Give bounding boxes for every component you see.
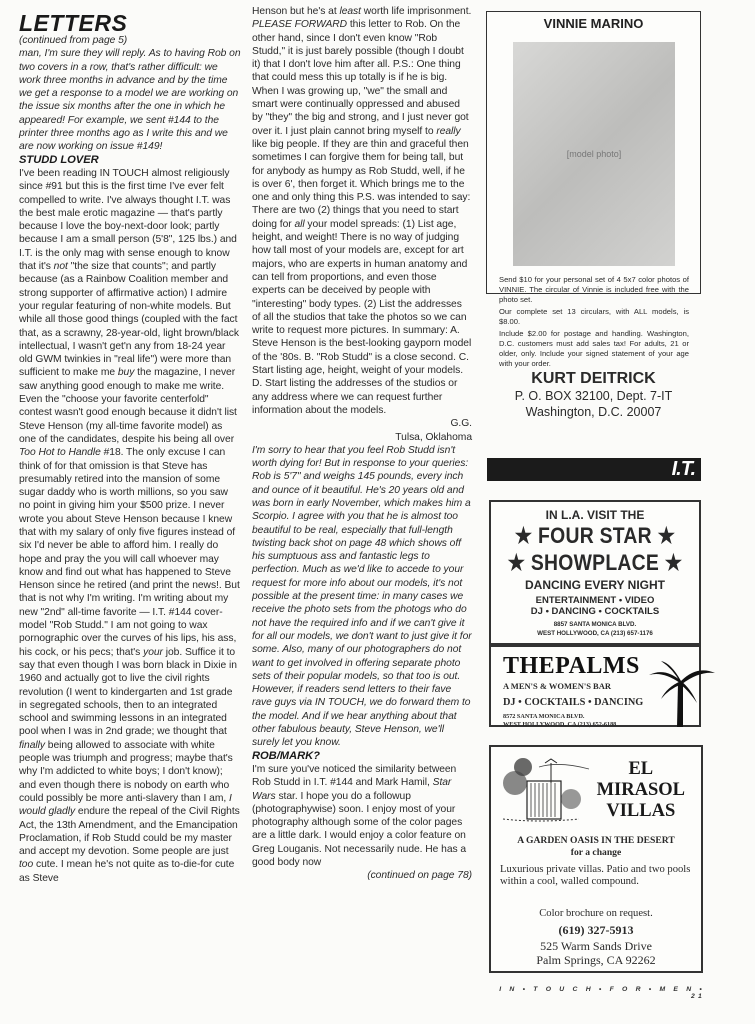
editor-reply-1: man, I'm sure they will reply. As to hav… bbox=[19, 47, 241, 153]
palms-subtitle: A MEN'S & WOMEN'S BAR bbox=[503, 681, 611, 691]
villas-tagline: A GARDEN OASIS IN THE DESERT for a chang… bbox=[491, 835, 701, 859]
villas-description: Luxurious private villas. Patio and two … bbox=[500, 864, 696, 888]
ad-services-1: ENTERTAINMENT • VIDEO bbox=[491, 595, 699, 606]
villas-title: EL MIRASOL VILLAS bbox=[597, 759, 685, 822]
ad-title: VINNIE MARINO bbox=[487, 16, 700, 31]
seller-address-line-2: Washington, D.C. 20007 bbox=[487, 404, 700, 420]
ad-vinnie-marino: VINNIE MARINO [model photo] Send $10 for… bbox=[486, 11, 701, 294]
continued-on-note: (continued on page 78) bbox=[252, 869, 472, 882]
ad-the-palms: THEPALMS A MEN'S & WOMEN'S BAR DJ • COCK… bbox=[489, 645, 701, 727]
villas-brochure-note: Color brochure on request. bbox=[491, 908, 701, 919]
letters-column-2: Henson but he's at least worth life impr… bbox=[252, 5, 472, 883]
palm-tree-icon bbox=[647, 661, 717, 727]
palms-logo-text: THEPALMS bbox=[503, 653, 640, 680]
ad-tagline: DANCING EVERY NIGHT bbox=[491, 578, 699, 592]
ad-paragraph-terms: Include $2.00 for postage and handling. … bbox=[499, 329, 689, 369]
model-photo-placeholder: [model photo] bbox=[513, 42, 675, 266]
ad-el-mirasol-villas: EL MIRASOL VILLAS A GARDEN OASIS IN THE … bbox=[489, 745, 703, 973]
villas-phone: (619) 327-5913 bbox=[491, 923, 701, 938]
page-title: LETTERS bbox=[19, 12, 241, 34]
ad-paragraph-circulars: Our complete set 13 circulars, with ALL … bbox=[499, 307, 689, 327]
signature-location: Tulsa, Oklahoma bbox=[252, 431, 472, 444]
editor-reply-2: I'm sorry to hear that you feel Rob Stud… bbox=[252, 444, 472, 750]
ad-address-2: WEST HOLLYWOOD, CA (213) 657-1176 bbox=[491, 629, 699, 638]
ad-four-star-showplace: IN L.A. VISIT THE ★ FOUR STAR ★ ★ SHOWPL… bbox=[489, 500, 701, 645]
palms-services: DJ • COCKTAILS • DANCING bbox=[503, 697, 643, 708]
ad-body: Send $10 for your personal set of 4 5x7 … bbox=[499, 275, 689, 371]
letter-rob-mark: I'm sure you've noticed the similarity b… bbox=[252, 763, 472, 869]
it-logo: I.T. bbox=[672, 458, 695, 481]
ad-title-line-2: ★ SHOWPLACE ★ bbox=[503, 549, 686, 576]
villa-garden-illustration bbox=[499, 753, 599, 827]
ad-paragraph-offer: Send $10 for your personal set of 4 5x7 … bbox=[499, 275, 689, 305]
continued-from-note: (continued from page 5) bbox=[19, 34, 241, 47]
palms-address: 8572 SANTA MONICA BLVD. WEST HOLLYWOOD, … bbox=[503, 713, 616, 729]
ad-intro: IN L.A. VISIT THE bbox=[491, 508, 699, 522]
villas-address: 525 Warm Sands Drive Palm Springs, CA 92… bbox=[491, 939, 701, 967]
signature-initials: G.G. bbox=[252, 417, 472, 430]
seller-address-line-1: P. O. BOX 32100, Dept. 7-IT bbox=[487, 388, 700, 404]
ad-address-1: 8857 SANTA MONICA BLVD. bbox=[491, 620, 699, 629]
ad-title-line-1: ★ FOUR STAR ★ bbox=[503, 522, 686, 549]
it-logo-bar: I.T. bbox=[487, 458, 701, 481]
ad-services-2: DJ • DANCING • COCKTAILS bbox=[491, 606, 699, 617]
section-title-studd-lover: STUDD LOVER bbox=[19, 154, 241, 167]
letter-studd-lover-cont: Henson but he's at least worth life impr… bbox=[252, 5, 472, 417]
letter-studd-lover: I've been reading IN TOUCH almost religi… bbox=[19, 167, 241, 885]
page-footer: I N • T O U C H • F O R • M E N • 21 bbox=[485, 986, 705, 1000]
section-title-rob-mark: ROB/MARK? bbox=[252, 750, 472, 763]
seller-name: KURT DEITRICK bbox=[487, 370, 700, 388]
letters-column-1: LETTERS (continued from page 5) man, I'm… bbox=[19, 12, 241, 885]
